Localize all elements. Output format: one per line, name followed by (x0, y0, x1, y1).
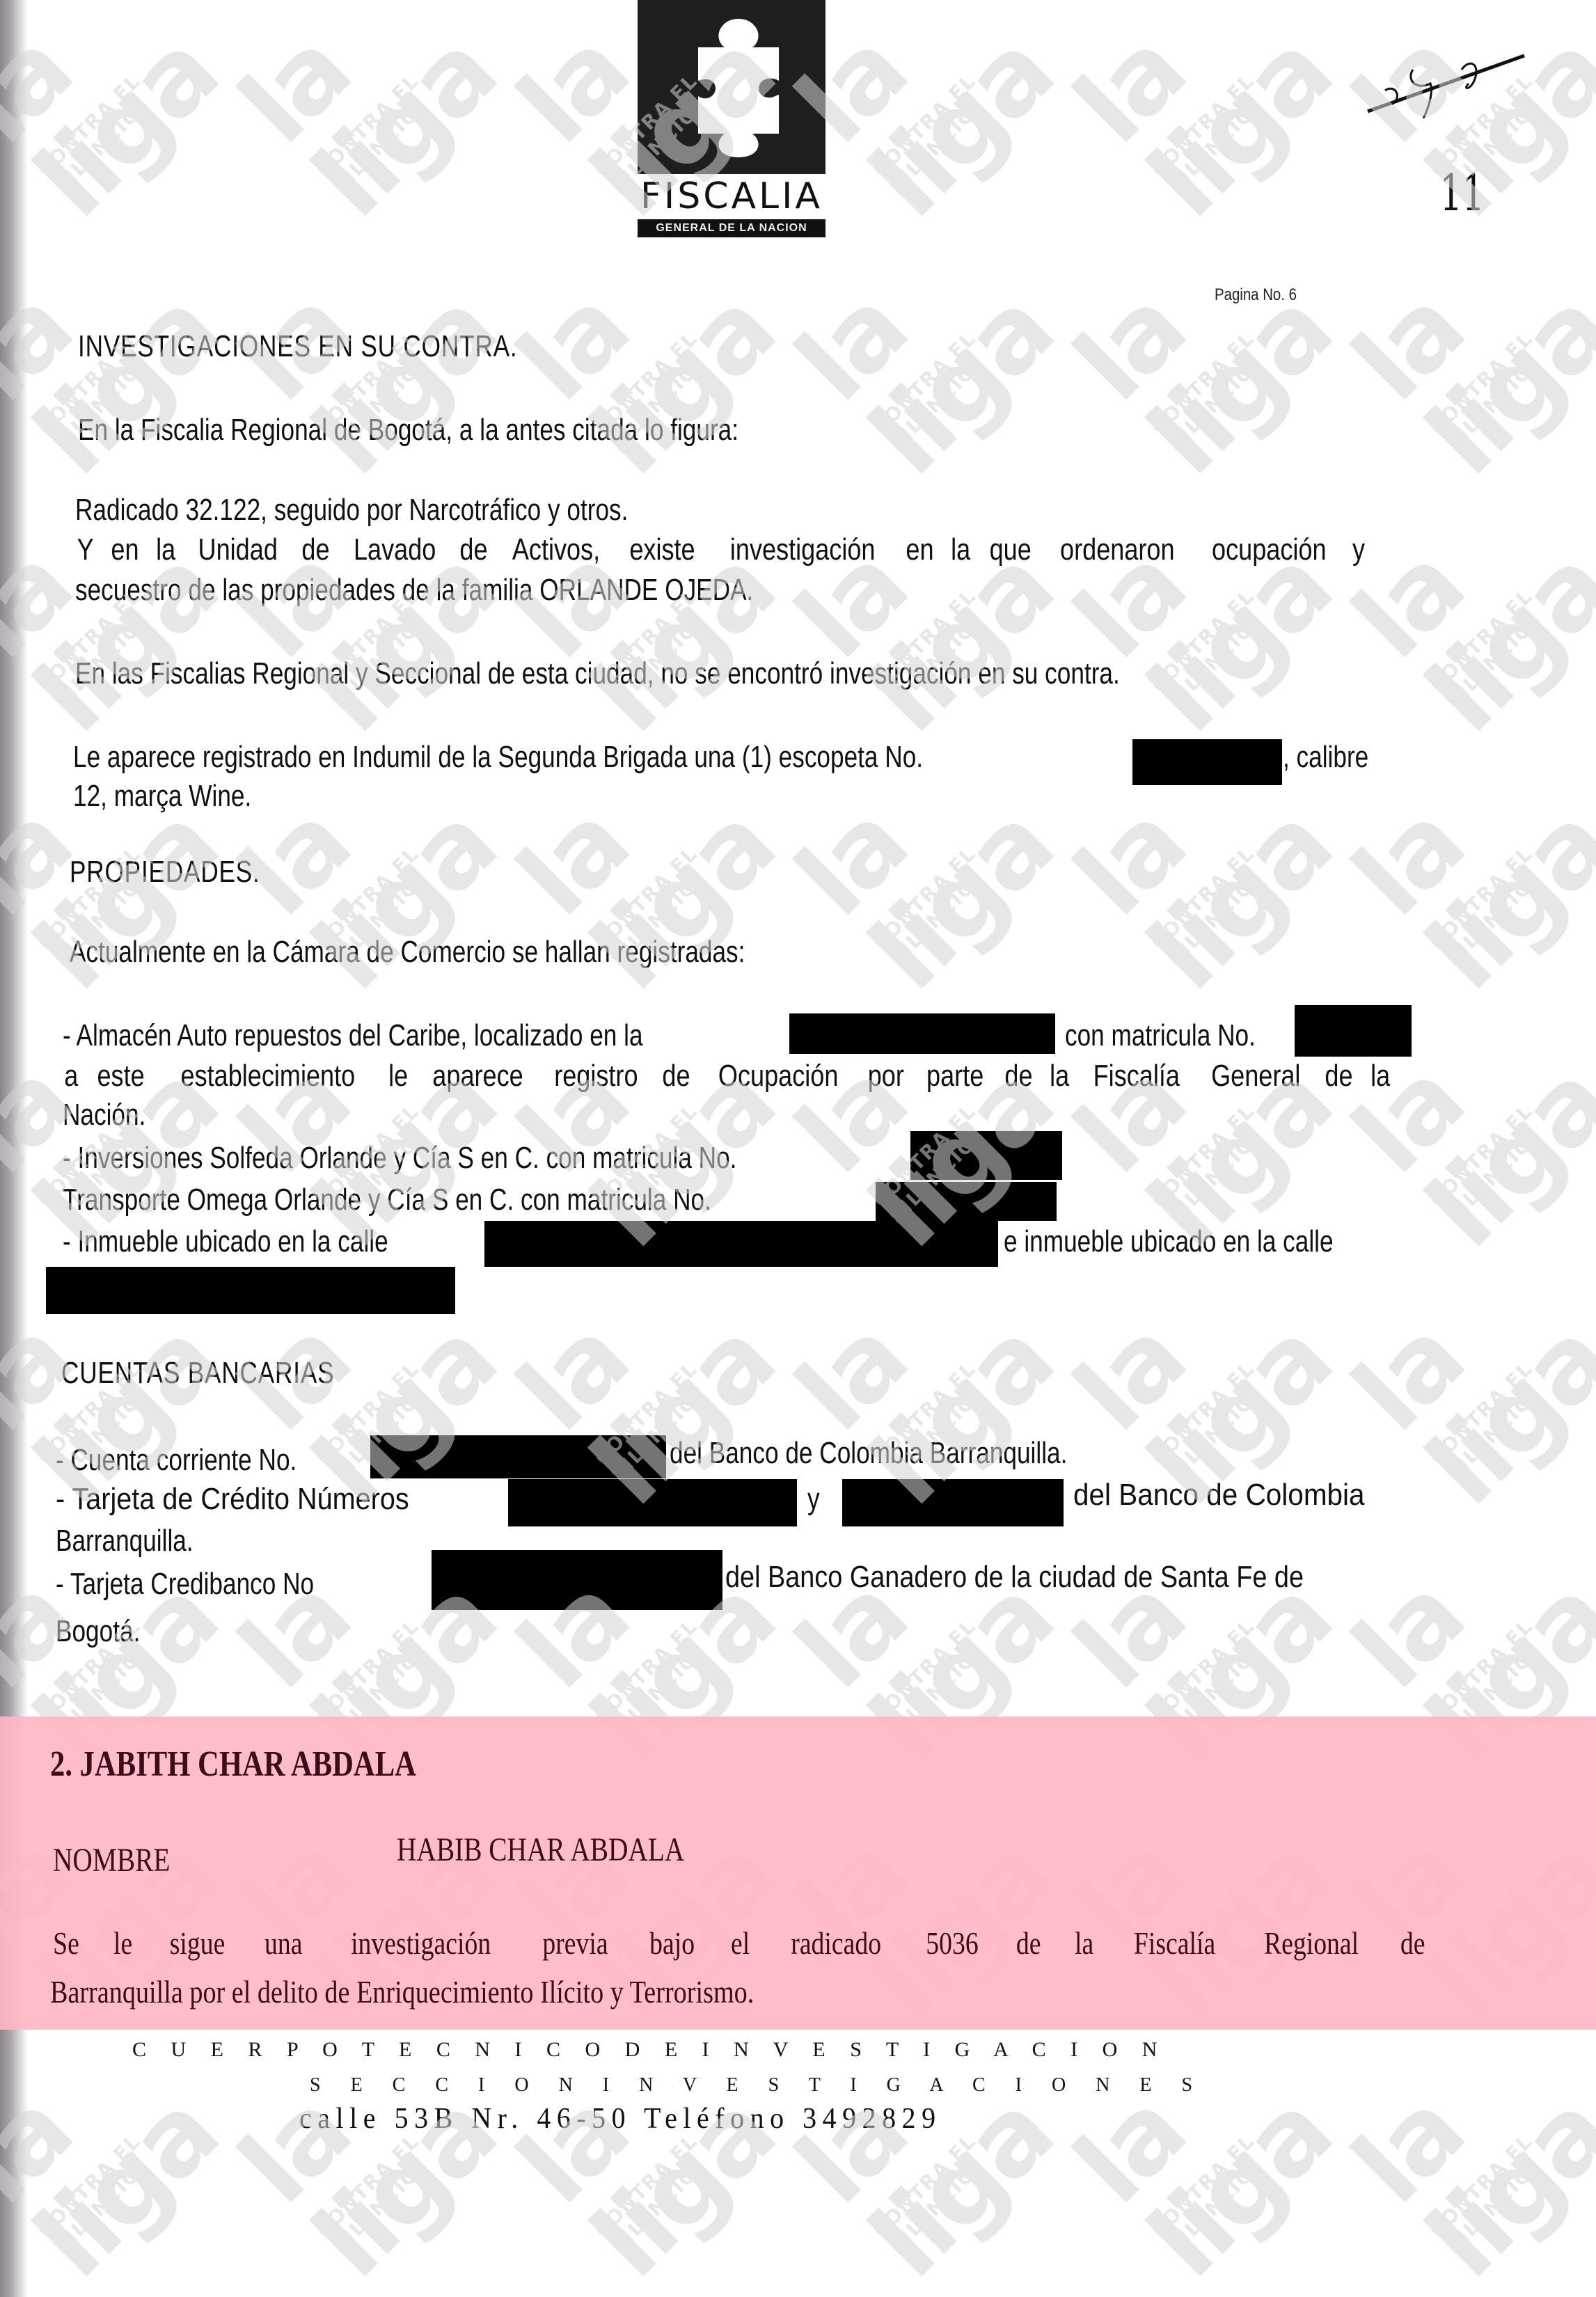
word: la (1050, 1057, 1069, 1096)
watermark-tagline: CONTRA EL SILENCIO (1147, 32, 1313, 198)
word: sigue (170, 1925, 226, 1961)
watermark-logo: la ligaCONTRA EL SILENCIO (1307, 444, 1596, 739)
redaction-block (370, 1435, 666, 1478)
word: de (1004, 1057, 1032, 1096)
text: Bogotá. (56, 1612, 140, 1651)
watermark-tagline: CONTRA EL SILENCIO (869, 290, 1034, 455)
word: investigación (730, 530, 876, 569)
watermark-logo-text: la liga (780, 203, 1068, 491)
section-heading-cuentas: CUENTAS BANCARIAS (61, 1354, 334, 1393)
word: la (1370, 1057, 1390, 1096)
word: parte (926, 1057, 983, 1096)
word: 5036 (926, 1925, 978, 1961)
word: en (906, 530, 934, 569)
word: existe (629, 530, 695, 569)
watermark-logo-text: la liga (1058, 203, 1347, 491)
watermark-tagline: CONTRA EL SILENCIO (33, 32, 199, 198)
watermark-logo-text: la liga (780, 460, 1068, 749)
word: bajo (649, 1925, 695, 1961)
redaction-block (842, 1479, 1064, 1526)
text: 12, marça Wine. (73, 777, 251, 816)
text: Le aparece registrado en Indumil de la S… (73, 738, 923, 777)
watermark-logo: la ligaCONTRA EL SILENCIO (193, 1989, 489, 2284)
watermark-tagline: CONTRA EL SILENCIO (1147, 290, 1313, 455)
puzzle-piece-icon (690, 11, 787, 157)
redaction-block (1132, 739, 1282, 785)
word: de (662, 1057, 690, 1096)
redaction-block (789, 1013, 1055, 1054)
redaction-block (1295, 1005, 1412, 1057)
word: de (460, 530, 488, 569)
word: Y (77, 530, 94, 569)
watermark-tagline: CONTRA EL SILENCIO (1425, 1062, 1591, 1228)
paragraph: Actualmente en la Cámara de Comercio se … (70, 933, 745, 972)
watermark-tagline: CONTRA EL SILENCIO (1425, 547, 1591, 713)
word: de (1400, 1925, 1425, 1961)
word: la (951, 530, 970, 569)
watermark-logo-text: la liga (1336, 2005, 1596, 2294)
justified-line: Selesigueunainvestigaciónpreviabajoelrad… (50, 1925, 1428, 1961)
watermark-logo-text: la liga (1058, 460, 1347, 749)
word: registro (554, 1057, 638, 1096)
watermark-logo-text: la liga (1058, 0, 1347, 234)
word: ordenaron (1060, 530, 1174, 569)
word: que (989, 530, 1031, 569)
text: con matricula No. (1065, 1016, 1256, 1055)
text: del Banco Ganadero de la ciudad de Santa… (725, 1558, 1304, 1597)
word: le (113, 1925, 132, 1961)
word: Fiscalía (1093, 1057, 1179, 1096)
watermark-logo: la ligaCONTRA EL SILENCIO (193, 0, 489, 224)
list-item: - Cuenta corriente No. (56, 1441, 297, 1480)
redaction-block (46, 1267, 455, 1314)
word: por (867, 1057, 903, 1096)
watermark-tagline: CONTRA EL SILENCIO (869, 805, 1034, 970)
word: Fiscalía (1134, 1925, 1215, 1961)
word: y (1352, 530, 1365, 569)
watermark-logo-text: la liga (0, 0, 234, 234)
text: Barranquilla. (56, 1522, 193, 1561)
redaction-block (432, 1550, 722, 1610)
section-heading-jabith: 2. JABITH CHAR ABDALA (50, 1744, 416, 1785)
list-item: - Inmueble ubicado en la calle (63, 1222, 388, 1261)
word: investigación (351, 1925, 491, 1961)
watermark-tagline: CONTRA EL SILENCIO (1425, 2092, 1591, 2258)
logo-word: FISCALIA (638, 175, 825, 217)
word: Activos, (512, 530, 600, 569)
bank-account-list: - Cuenta corriente No. del Banco de Colo… (56, 1441, 1420, 1664)
watermark-logo: la ligaCONTRA EL SILENCIO (750, 1989, 1045, 2284)
watermark-logo: la ligaCONTRA EL SILENCIO (1029, 444, 1324, 739)
text: e inmueble ubicado en la calle (1004, 1222, 1334, 1261)
paragraph: Barranquilla por el delito de Enriquecim… (50, 1973, 754, 2010)
watermark-tagline: CONTRA EL SILENCIO (1425, 805, 1591, 970)
text: del Banco de Colombia (1073, 1476, 1365, 1515)
word: General (1211, 1057, 1300, 1096)
handwritten-folio: 11 (1440, 164, 1485, 222)
paragraph: Radicado 32.122, seguido por Narcotráfic… (75, 491, 628, 530)
word: establecimiento (181, 1057, 356, 1096)
watermark-tagline: CONTRA EL SILENCIO (869, 32, 1034, 198)
page-label: Pagina No. 6 (1215, 285, 1297, 305)
text: Nación. (63, 1096, 145, 1135)
footer-line-3: calle 53B Nr. 46-50 Teléfono 3492829 (299, 2102, 942, 2136)
watermark-tagline: CONTRA EL SILENCIO (33, 2092, 199, 2258)
watermark-tagline: CONTRA EL SILENCIO (1425, 1320, 1591, 1485)
word: el (731, 1925, 750, 1961)
word: Regional (1264, 1925, 1359, 1961)
watermark-tagline: CONTRA EL SILENCIO (1147, 805, 1313, 970)
list-item: Transporte Omega Orlande y Cía S en C. c… (63, 1181, 711, 1219)
paragraph: secuestro de las propiedades de la famil… (75, 571, 753, 610)
list-item: - Tarjeta de Crédito Números (56, 1480, 409, 1519)
redaction-block (910, 1131, 1062, 1180)
logo-subtitle: GENERAL DE LA NACION (638, 219, 825, 237)
word: Unidad (198, 530, 278, 569)
word: radicado (791, 1925, 881, 1961)
watermark-logo: la ligaCONTRA EL SILENCIO (0, 1989, 210, 2284)
handwritten-signature-icon (1364, 42, 1531, 118)
text: y (807, 1480, 820, 1519)
watermark-tagline: CONTRA EL SILENCIO (1147, 2092, 1313, 2258)
justified-line: YenlaUnidaddeLavadodeActivos,existeinves… (75, 530, 1366, 569)
paragraph: En las Fiscalias Regional y Seccional de… (75, 654, 1120, 693)
watermark-logo: la ligaCONTRA EL SILENCIO (1307, 187, 1596, 482)
list-item: - Almacén Auto repuestos del Caribe, loc… (63, 1016, 643, 1055)
redaction-block (876, 1182, 1057, 1221)
redaction-block (484, 1221, 998, 1267)
word: de (1016, 1925, 1041, 1961)
name-label: NOMBRE (53, 1841, 170, 1879)
watermark-tagline: CONTRA EL SILENCIO (1147, 547, 1313, 713)
word: en (111, 530, 139, 569)
word: previa (542, 1925, 608, 1961)
section-heading-investigaciones: INVESTIGACIONES EN SU CONTRA. (78, 327, 517, 366)
footer-line-1: C U E R P O T E C N I C O D E I N V E S … (132, 2038, 1167, 2062)
word: este (97, 1057, 144, 1096)
word: una (264, 1925, 302, 1961)
word: Ocupación (718, 1057, 838, 1096)
list-item: - Inversiones Solfeda Orlande y Cía S en… (63, 1139, 736, 1178)
word: a (64, 1057, 78, 1096)
watermark-logo: la ligaCONTRA EL SILENCIO (1029, 0, 1324, 224)
word: la (156, 530, 175, 569)
watermark-tagline: CONTRA EL SILENCIO (1425, 290, 1591, 455)
word: Se (53, 1925, 79, 1961)
watermark-logo-text: la liga (223, 0, 512, 234)
list-item: - Tarjeta Credibanco No (56, 1565, 314, 1604)
text: del Banco de Colombia Barranquilla. (670, 1434, 1067, 1473)
footer-line-2: S E C C I O N I N V E S T I G A C I O N … (310, 2074, 1205, 2097)
name-value: HABIB CHAR ABDALA (397, 1831, 684, 1869)
watermark-logo: la ligaCONTRA EL SILENCIO (1029, 1989, 1324, 2284)
watermark-logo: la ligaCONTRA EL SILENCIO (1029, 187, 1324, 482)
paragraph: En la Fiscalia Regional de Bogotá, a la … (78, 411, 738, 450)
watermark-logo: la ligaCONTRA EL SILENCIO (0, 0, 210, 224)
watermark-logo: la ligaCONTRA EL SILENCIO (750, 444, 1045, 739)
word: le (388, 1057, 408, 1096)
text: , calibre (1283, 738, 1368, 777)
word: la (1075, 1925, 1093, 1961)
word: Lavado (354, 530, 436, 569)
word: de (301, 530, 329, 569)
redaction-block (508, 1479, 797, 1526)
watermark-logo-text: la liga (1336, 460, 1596, 749)
section-heading-propiedades: PROPIEDADES. (70, 853, 260, 892)
word: aparece (432, 1057, 523, 1096)
word: ocupación (1212, 530, 1326, 569)
watermark-logo-text: la liga (1336, 718, 1596, 1007)
watermark-tagline: CONTRA EL SILENCIO (312, 32, 477, 198)
property-list: - Almacén Auto repuestos del Caribe, loc… (63, 1016, 1427, 1364)
watermark-logo: la ligaCONTRA EL SILENCIO (1307, 1989, 1596, 2284)
watermark-logo-text: la liga (1336, 203, 1596, 491)
watermark-logo: la ligaCONTRA EL SILENCIO (472, 1989, 767, 2284)
word: de (1325, 1057, 1353, 1096)
justified-line: aesteestablecimientoleapareceregistrodeO… (63, 1057, 1392, 1096)
